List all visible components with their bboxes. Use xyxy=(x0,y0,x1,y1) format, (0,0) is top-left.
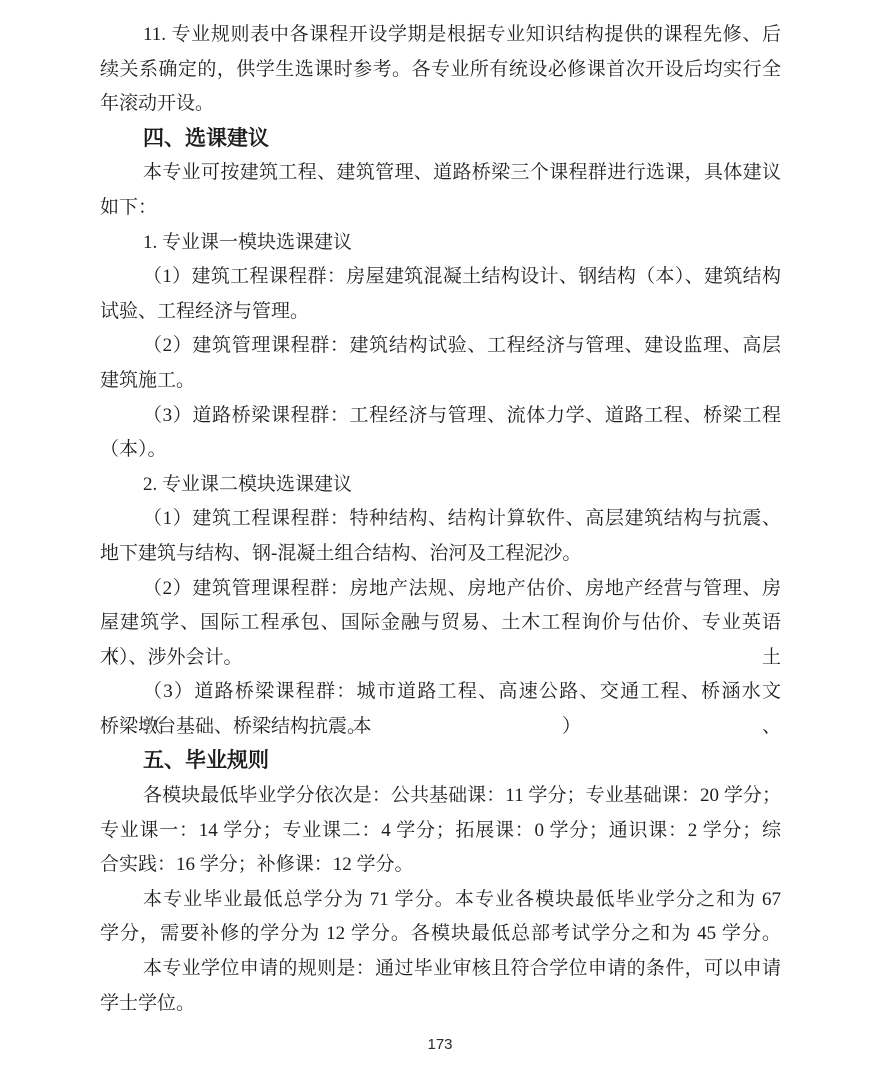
text-line: 试验、工程经济与管理。 xyxy=(100,295,781,330)
text-line: （2）建筑管理课程群：建筑结构试验、工程经济与管理、建设监理、高层 xyxy=(100,329,781,364)
page-body: 11. 专业规则表中各课程开设学期是根据专业知识结构提供的课程先修、后续关系确定… xyxy=(100,18,781,1021)
document-page: 11. 专业规则表中各课程开设学期是根据专业知识结构提供的课程先修、后续关系确定… xyxy=(0,0,880,1084)
text-line: 年滚动开设。 xyxy=(100,87,781,122)
text-line: （1）建筑工程课程群：特种结构、结构计算软件、高层建筑结构与抗震、 xyxy=(100,502,781,537)
text-line: 建筑施工。 xyxy=(100,364,781,399)
text-line: （3）道路桥梁课程群：工程经济与管理、流体力学、道路工程、桥梁工程 xyxy=(100,399,781,434)
page-number: 173 xyxy=(427,1036,452,1053)
text-line: （2）建筑管理课程群：房地产法规、房地产估价、房地产经营与管理、房 xyxy=(100,572,781,607)
text-line: 地下建筑与结构、钢-混凝土组合结构、治河及工程泥沙。 xyxy=(100,537,781,572)
text-line: 学分，需要补修的学分为 12 学分。各模块最低总部考试学分之和为 45 学分。 xyxy=(100,917,781,952)
text-line: 1. 专业课一模块选课建议 xyxy=(100,226,781,261)
text-line: 本专业可按建筑工程、建筑管理、道路桥梁三个课程群进行选课，具体建议 xyxy=(100,156,781,191)
text-line: 合实践：16 学分；补修课：12 学分。 xyxy=(100,848,781,883)
text-line: （本）。 xyxy=(100,433,781,468)
text-line: 屋建筑学、国际工程承包、国际金融与贸易、土木工程询价与估价、专业英语（土 xyxy=(100,606,781,641)
text-line: 续关系确定的，供学生选课时参考。各专业所有统设必修课首次开设后均实行全 xyxy=(100,53,781,88)
text-line: 各模块最低毕业学分依次是：公共基础课：11 学分；专业基础课：20 学分； xyxy=(100,779,781,814)
text-line: （1）建筑工程课程群：房屋建筑混凝土结构设计、钢结构（本）、建筑结构 xyxy=(100,260,781,295)
text-line: 本专业学位申请的规则是：通过毕业审核且符合学位申请的条件，可以申请 xyxy=(100,952,781,987)
text-line: 本专业毕业最低总学分为 71 学分。本专业各模块最低毕业学分之和为 67 xyxy=(100,883,781,918)
text-line: 学士学位。 xyxy=(100,987,781,1022)
page-footer: 173 xyxy=(0,1036,880,1053)
text-line: 2. 专业课二模块选课建议 xyxy=(100,468,781,503)
text-line: 专业课一：14 学分；专业课二：4 学分；拓展课：0 学分；通识课：2 学分；综 xyxy=(100,814,781,849)
section-heading: 五、毕业规则 xyxy=(100,744,781,779)
text-line: （3）道路桥梁课程群：城市道路工程、高速公路、交通工程、桥涵水文（本）、 xyxy=(100,675,781,710)
text-line: 11. 专业规则表中各课程开设学期是根据专业知识结构提供的课程先修、后 xyxy=(100,18,781,53)
text-line: 如下： xyxy=(100,191,781,226)
section-heading: 四、选课建议 xyxy=(100,122,781,157)
